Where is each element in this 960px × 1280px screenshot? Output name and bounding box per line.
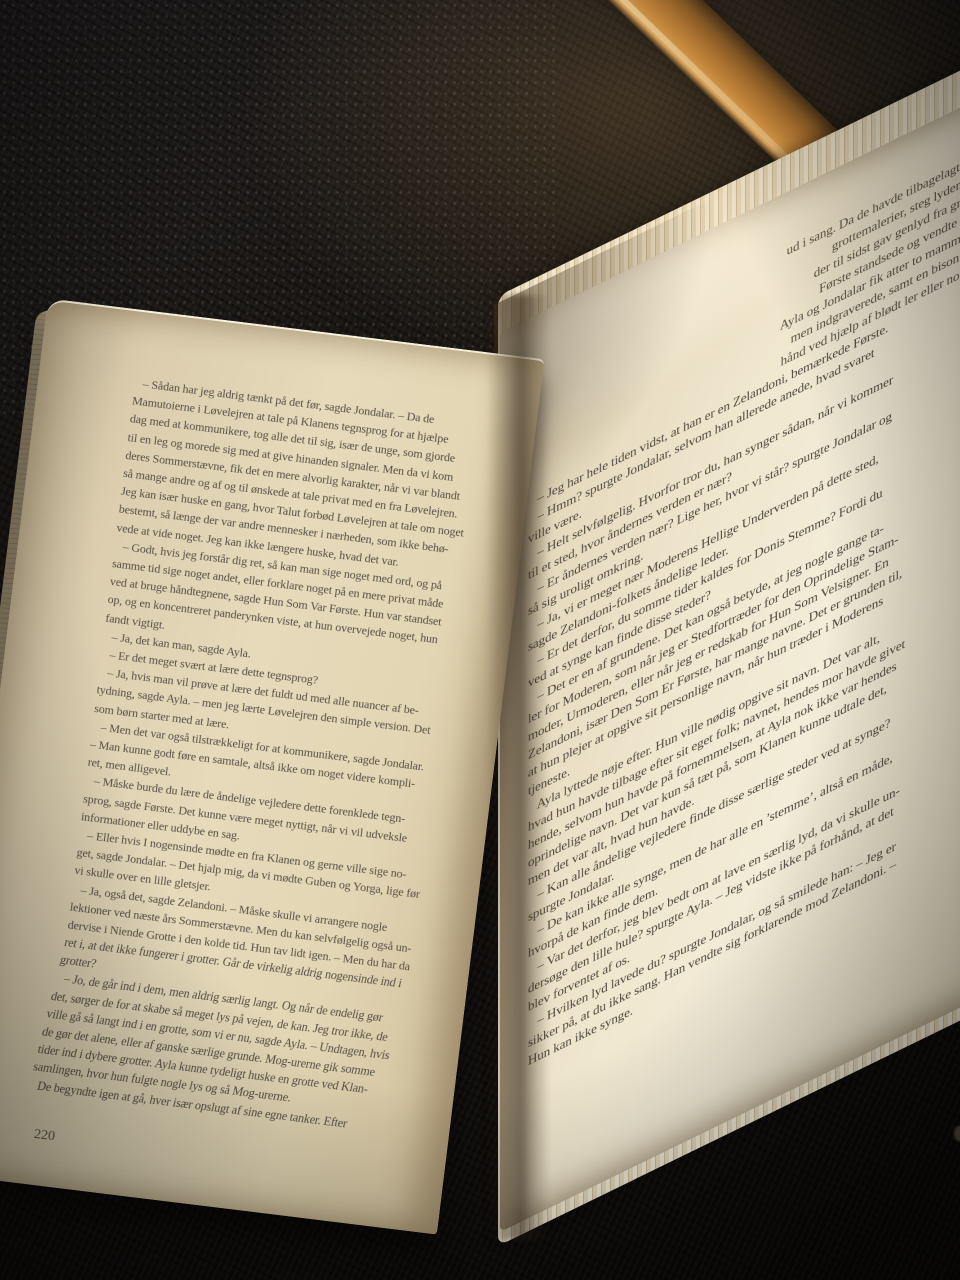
left-page-number: 220 xyxy=(33,1127,56,1145)
book-photo-scene: ud i sang. Da de havde tilbagelagt en gr… xyxy=(0,0,960,1280)
right-page-number-sliver xyxy=(954,1126,960,1141)
book-gutter-shadow xyxy=(486,295,550,1240)
left-page-text-upper: – Sådan har jeg aldrig tænkt på det før,… xyxy=(67,373,539,983)
